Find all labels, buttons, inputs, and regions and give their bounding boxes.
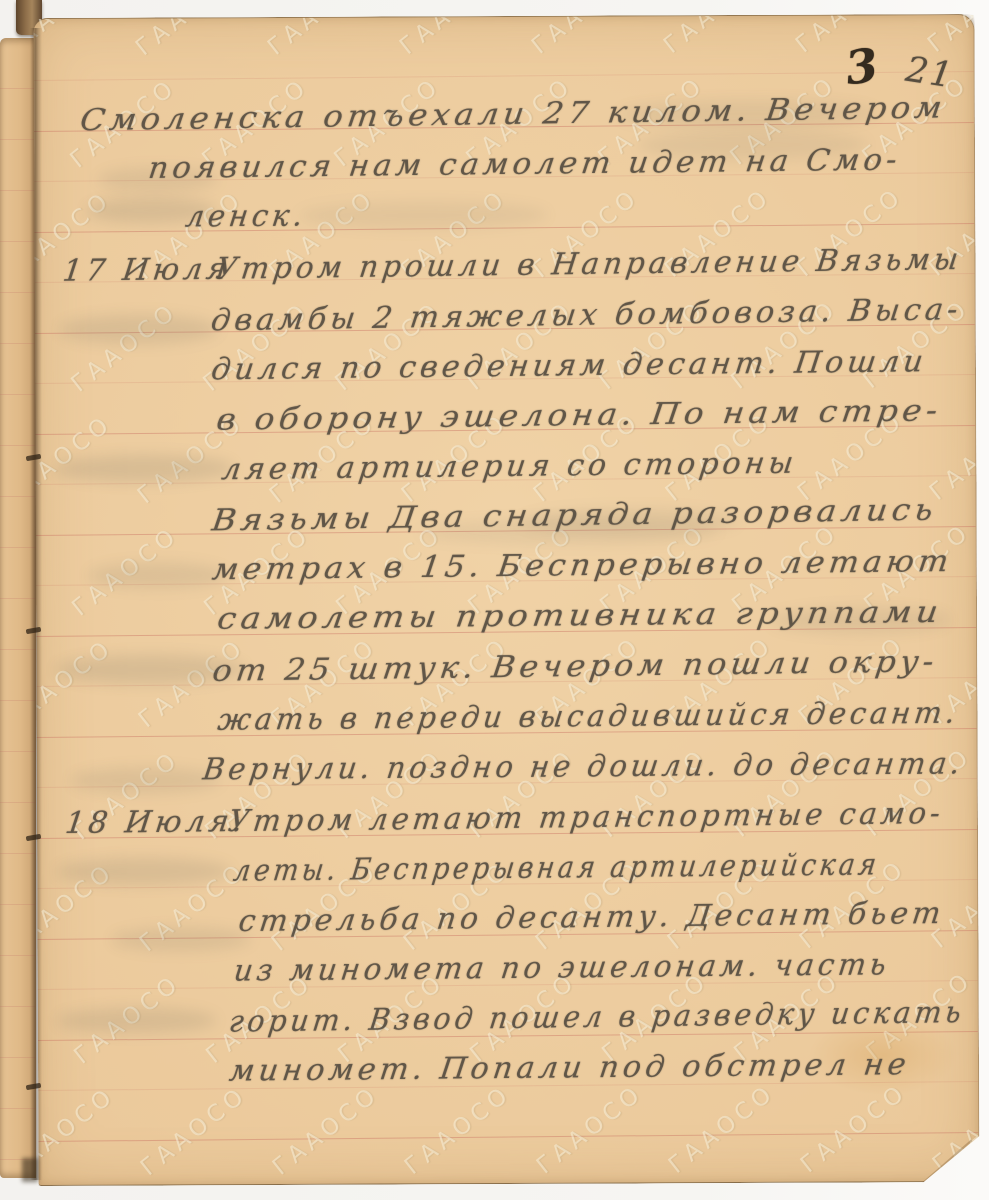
diary-line: ляет артилерия со стороны bbox=[35, 444, 975, 497]
diary-line: жать в переди высадившийся десант. bbox=[36, 695, 976, 746]
diary-line: Вязьмы Два снаряда разорвались bbox=[35, 492, 976, 548]
diary-line-text: двамбы 2 тяжелых бомбовоза. Выса- bbox=[209, 292, 964, 338]
spine-shadow bbox=[22, 1158, 38, 1182]
diary-line-text: появился нам самолет идет на Смо- bbox=[146, 142, 903, 186]
diary-line-text: ленск. bbox=[183, 199, 308, 235]
diary-line-text: в оборону эшелона. По нам стре- bbox=[214, 393, 943, 438]
diary-line: в оборону эшелона. По нам стре- bbox=[35, 393, 975, 447]
diary-line-text: миномет. Попали под обстрел не bbox=[227, 1047, 912, 1089]
diary-line: из миномета по эшелонам. часть bbox=[37, 946, 977, 997]
diary-line: появился нам самолет идет на Смо- bbox=[34, 142, 974, 195]
diary-line: 18 Июля.Утром летают транспортные само- bbox=[37, 796, 977, 849]
diary-line-date: 18 Июля. bbox=[63, 804, 248, 841]
diary-line-text: самолеты противника группами bbox=[215, 595, 944, 637]
diary-line: двамбы 2 тяжелых бомбовоза. Выса- bbox=[35, 292, 976, 348]
diary-line: стрельба по десанту. Десант бьет bbox=[37, 896, 977, 949]
diary-line-text: Вернули. поздно не дошли. до десанта. bbox=[201, 746, 966, 787]
diary-line-text: Утром прошли в Направление Вязьмы bbox=[214, 242, 964, 287]
page-number-pencil: 21 bbox=[903, 50, 957, 97]
diary-line-text: Смоленска отъехали 27 килом. Вечером bbox=[78, 90, 948, 138]
diary-line-text: леты. Беспрерывная артилерийская bbox=[231, 847, 881, 888]
notebook-page: ГААОСОГААОСОГААОСОГААОСОГААОСОГААОСОГААО… bbox=[33, 14, 979, 1186]
diary-line-text: Вязьмы Два снаряда разорвались bbox=[210, 493, 939, 539]
page-number-ink: 3 bbox=[842, 38, 881, 96]
diary-line-date: 17 Июля bbox=[61, 252, 233, 289]
diary-line-text: жать в переди высадившийся десант. bbox=[216, 696, 961, 738]
diary-line: Вернули. поздно не дошли. до десанта. bbox=[37, 746, 977, 795]
scanned-diary-page: ГААОСОГААОСОГААОСОГААОСОГААОСОГААОСОГААО… bbox=[0, 0, 989, 1200]
diary-line-text: ляет артилерия со стороны bbox=[220, 446, 800, 488]
diary-line: от 25 штук. Вечером пошли окру- bbox=[36, 644, 976, 698]
diary-line: миномет. Попали под обстрел не bbox=[38, 1046, 978, 1097]
diary-line-text: горит. Взвод пошел в разведку искать bbox=[227, 995, 967, 1040]
diary-line: ленск. bbox=[34, 193, 974, 242]
diary-line: Смоленска отъехали 27 килом. Вечером bbox=[34, 90, 975, 146]
diary-line: метрах в 15. Беспрерывно летают bbox=[36, 544, 976, 597]
diary-line-text: Утром летают транспортные само- bbox=[226, 796, 946, 839]
handwriting-layer: Смоленска отъехали 27 килом. Вечеромпояв… bbox=[33, 15, 978, 1185]
diary-line-text: стрельба по десанту. Десант бьет bbox=[237, 896, 947, 939]
diary-line: самолеты противника группами bbox=[36, 594, 976, 645]
diary-line-text: дился по сведениям десант. Пошли bbox=[209, 344, 929, 387]
notebook-spine bbox=[30, 28, 42, 1180]
diary-line: 17 ИюляУтром прошли в Направление Вязьмы bbox=[34, 242, 974, 296]
diary-line-text: из миномета по эшелонам. часть bbox=[232, 947, 892, 988]
diary-line: горит. Взвод пошел в разведку искать bbox=[38, 995, 978, 1049]
diary-line-text: от 25 штук. Вечером пошли окру- bbox=[211, 644, 940, 689]
diary-line: дился по сведениям десант. Пошли bbox=[35, 344, 975, 397]
diary-line: леты. Беспрерывная артилерийская bbox=[37, 846, 977, 897]
diary-line-text: метрах в 15. Беспрерывно летают bbox=[210, 544, 955, 587]
